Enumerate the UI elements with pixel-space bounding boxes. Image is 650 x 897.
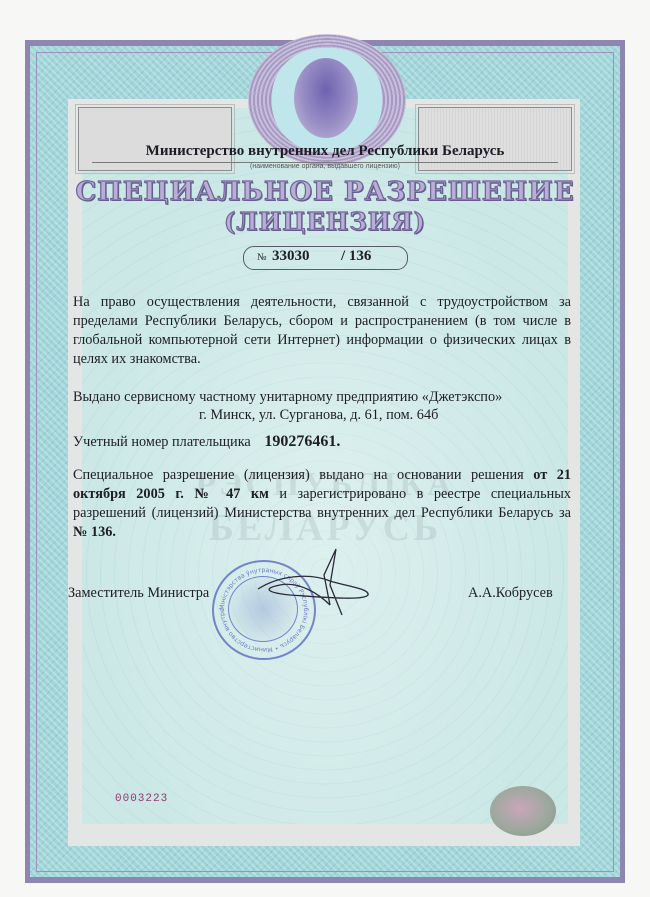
license-basis: Специальное разрешение (лицензия) выдано…	[73, 466, 571, 542]
taxpayer-line: Учетный номер плательщика 190276461.	[73, 433, 340, 451]
signature-icon	[250, 545, 380, 625]
signatory-name: А.А.Кобрусев	[468, 585, 553, 602]
register-number: № 136.	[73, 524, 116, 540]
taxpayer-number: 190276461.	[264, 433, 340, 450]
document-subtitle: (ЛИЦЕНЗИЯ)	[0, 207, 650, 236]
state-emblem-icon	[294, 58, 358, 138]
license-number: 33030	[272, 248, 310, 265]
issuing-body-caption: (наименование органа, выдавшего лицензию…	[0, 163, 650, 170]
basis-text-start: Специальное разрешение (лицензия) выдано…	[73, 467, 524, 483]
licensee-address: г. Минск, ул. Сурганова, д. 61, пом. 64б	[199, 407, 438, 424]
number-sign: №	[257, 252, 267, 263]
issuing-body: Министерство внутренних дел Республики Б…	[0, 143, 650, 160]
activity-description: На право осуществления деятельности, свя…	[73, 293, 571, 369]
taxpayer-label: Учетный номер плательщика	[73, 434, 251, 450]
hologram-icon	[490, 786, 556, 836]
license-number-box: № 33030 / 136	[243, 246, 408, 270]
document-title: СПЕЦИАЛЬНОЕ РАЗРЕШЕНИЕ	[0, 177, 650, 207]
form-serial-number: 0003223	[115, 793, 168, 805]
issued-to: Выдано сервисному частному унитарному пр…	[73, 389, 502, 406]
license-subnumber: / 136	[341, 248, 371, 265]
signatory-role: Заместитель Министра	[68, 585, 209, 602]
